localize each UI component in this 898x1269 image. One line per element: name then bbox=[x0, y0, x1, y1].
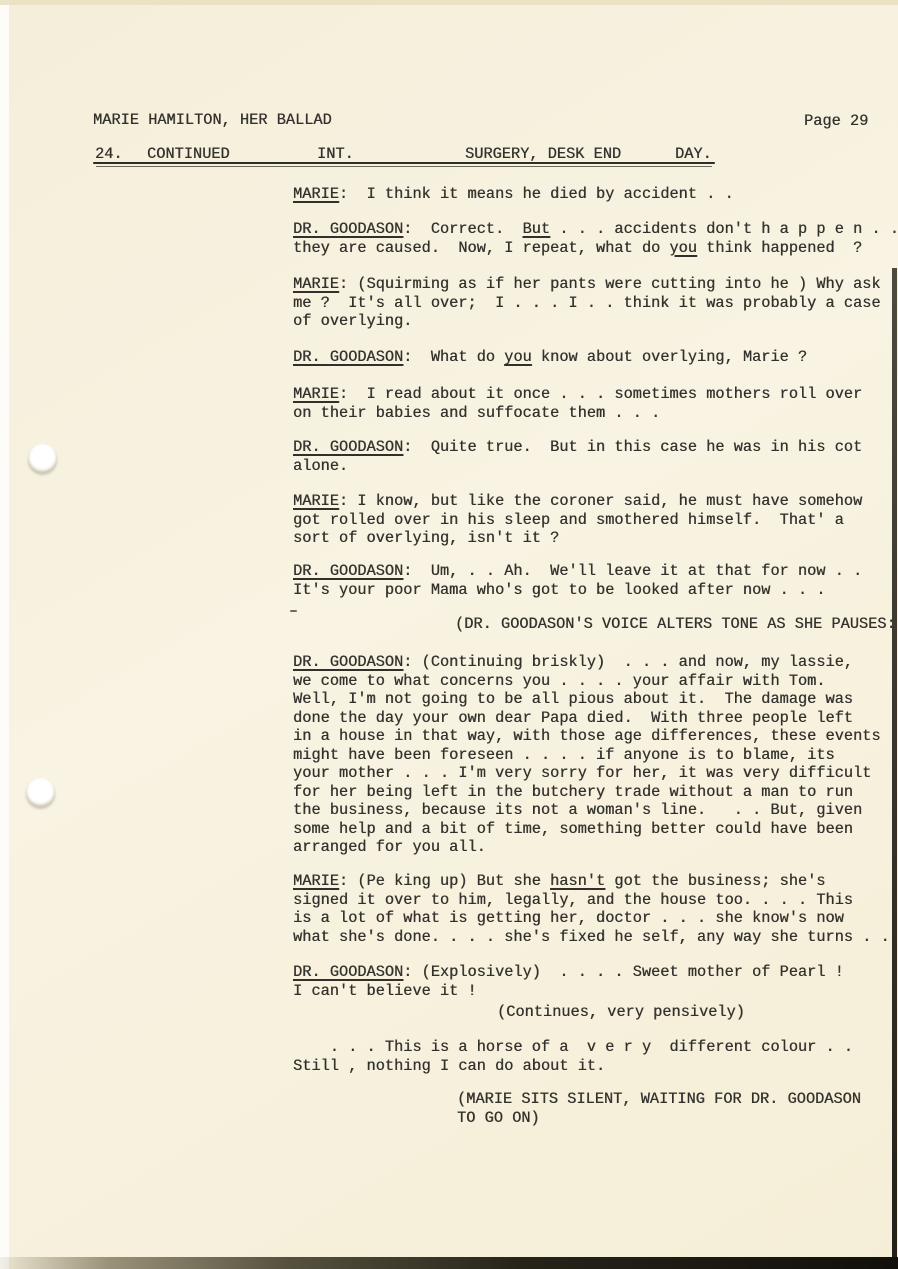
marie-dialogue-4: MARIE: I know, but like the coroner said… bbox=[293, 492, 862, 548]
page-number: Page 29 bbox=[804, 112, 868, 131]
script-line: your mother . . . I'm very sorry for her… bbox=[293, 764, 881, 783]
script-line: me ? It's all over; I . . . I . . think … bbox=[293, 294, 881, 313]
scene-heading-underline-2 bbox=[96, 166, 712, 167]
goodason-dialogue-2: DR. GOODASON: What do you know about ove… bbox=[293, 348, 807, 367]
script-line: sort of overlying, isn't it ? bbox=[293, 529, 862, 548]
script-line: for her being left in the butchery trade… bbox=[293, 783, 881, 802]
script-line: we come to what concerns you . . . . you… bbox=[293, 672, 881, 691]
scan-edge-right bbox=[892, 268, 897, 1269]
script-line: Still , nothing I can do about it. bbox=[293, 1057, 853, 1076]
ink-smudge bbox=[290, 610, 297, 612]
goodason-dialogue-1: DR. GOODASON: Correct. But . . . acciden… bbox=[293, 220, 898, 257]
script-line: what she's done. . . . she's fixed he se… bbox=[293, 928, 898, 947]
marie-dialogue-3: MARIE: I read about it once . . . someti… bbox=[293, 385, 862, 422]
script-line: the business, because its not a woman's … bbox=[293, 801, 881, 820]
script-line: MARIE: (Pe king up) But she hasn't got t… bbox=[293, 872, 898, 891]
script-line: done the day your own dear Papa died. Wi… bbox=[293, 709, 881, 728]
goodason-dialogue-7: . . . This is a horse of a v e r y diffe… bbox=[293, 1038, 853, 1075]
script-line: alone. bbox=[293, 457, 862, 476]
stage-direction-continues: (Continues, very pensively) bbox=[497, 1003, 745, 1022]
script-line: arranged for you all. bbox=[293, 838, 881, 857]
scene-location: SURGERY, DESK END bbox=[465, 145, 621, 164]
script-line: some help and a bit of time, something b… bbox=[293, 820, 881, 839]
scene-time: DAY. bbox=[675, 145, 712, 164]
script-line: It's your poor Mama who's got to be look… bbox=[293, 581, 862, 600]
stage-direction-voice-alters: (DR. GOODASON'S VOICE ALTERS TONE AS SHE… bbox=[455, 615, 898, 634]
marie-dialogue-1: MARIE: I think it means he died by accid… bbox=[293, 185, 734, 204]
script-line: is a lot of what is getting her, doctor … bbox=[293, 909, 898, 928]
scan-edge-left bbox=[0, 0, 9, 1269]
scan-edge-top bbox=[0, 0, 898, 5]
scene-heading-underline bbox=[93, 162, 715, 164]
script-line: they are caused. Now, I repeat, what do … bbox=[293, 239, 898, 258]
script-line: in a house in that way, with those age d… bbox=[293, 727, 881, 746]
scene-number: 24. bbox=[95, 145, 123, 164]
stage-direction-marie-sits: (MARIE SITS SILENT, WAITING FOR DR. GOOD… bbox=[457, 1090, 861, 1127]
script-line: DR. GOODASON: (Explosively) . . . . Swee… bbox=[293, 963, 844, 982]
scene-continued-label: CONTINUED bbox=[147, 145, 230, 164]
script-line: MARIE: I know, but like the coroner said… bbox=[293, 492, 862, 511]
goodason-dialogue-3: DR. GOODASON: Quite true. But in this ca… bbox=[293, 438, 862, 475]
script-line: got rolled over in his sleep and smother… bbox=[293, 511, 862, 530]
script-line: (MARIE SITS SILENT, WAITING FOR DR. GOOD… bbox=[457, 1090, 861, 1109]
script-line: MARIE: I think it means he died by accid… bbox=[293, 185, 734, 204]
marie-dialogue-5: MARIE: (Pe king up) But she hasn't got t… bbox=[293, 872, 898, 946]
script-line: . . . This is a horse of a v e r y diffe… bbox=[293, 1038, 853, 1057]
script-line: TO GO ON) bbox=[457, 1109, 861, 1128]
goodason-dialogue-4: DR. GOODASON: Um, . . Ah. We'll leave it… bbox=[293, 562, 862, 599]
goodason-dialogue-5: DR. GOODASON: (Continuing briskly) . . .… bbox=[293, 653, 881, 857]
script-line: signed it over to him, legally, and the … bbox=[293, 891, 898, 910]
script-line: Well, I'm not going to be all pious abou… bbox=[293, 690, 881, 709]
scan-edge-bottom bbox=[0, 1257, 898, 1269]
script-line: DR. GOODASON: Correct. But . . . acciden… bbox=[293, 220, 898, 239]
script-line: (DR. GOODASON'S VOICE ALTERS TONE AS SHE… bbox=[455, 615, 898, 634]
scanned-script-page: MARIE HAMILTON, HER BALLAD Page 29 24. C… bbox=[0, 0, 898, 1269]
marie-dialogue-2: MARIE: (Squirming as if her pants were c… bbox=[293, 275, 881, 331]
script-line: (Continues, very pensively) bbox=[497, 1003, 745, 1022]
scene-interior-label: INT. bbox=[317, 145, 354, 164]
script-line: on their babies and suffocate them . . . bbox=[293, 404, 862, 423]
script-title: MARIE HAMILTON, HER BALLAD bbox=[93, 111, 332, 130]
punch-hole-top bbox=[28, 444, 57, 473]
script-line: MARIE: (Squirming as if her pants were c… bbox=[293, 275, 881, 294]
script-line: DR. GOODASON: Um, . . Ah. We'll leave it… bbox=[293, 562, 862, 581]
script-line: DR. GOODASON: Quite true. But in this ca… bbox=[293, 438, 862, 457]
punch-hole-bottom bbox=[26, 778, 55, 807]
script-line: of overlying. bbox=[293, 312, 881, 331]
script-line: I can't believe it ! bbox=[293, 982, 844, 1001]
script-line: might have been foreseen . . . . if anyo… bbox=[293, 746, 881, 765]
goodason-dialogue-6: DR. GOODASON: (Explosively) . . . . Swee… bbox=[293, 963, 844, 1000]
script-line: DR. GOODASON: What do you know about ove… bbox=[293, 348, 807, 367]
script-line: MARIE: I read about it once . . . someti… bbox=[293, 385, 862, 404]
script-line: DR. GOODASON: (Continuing briskly) . . .… bbox=[293, 653, 881, 672]
